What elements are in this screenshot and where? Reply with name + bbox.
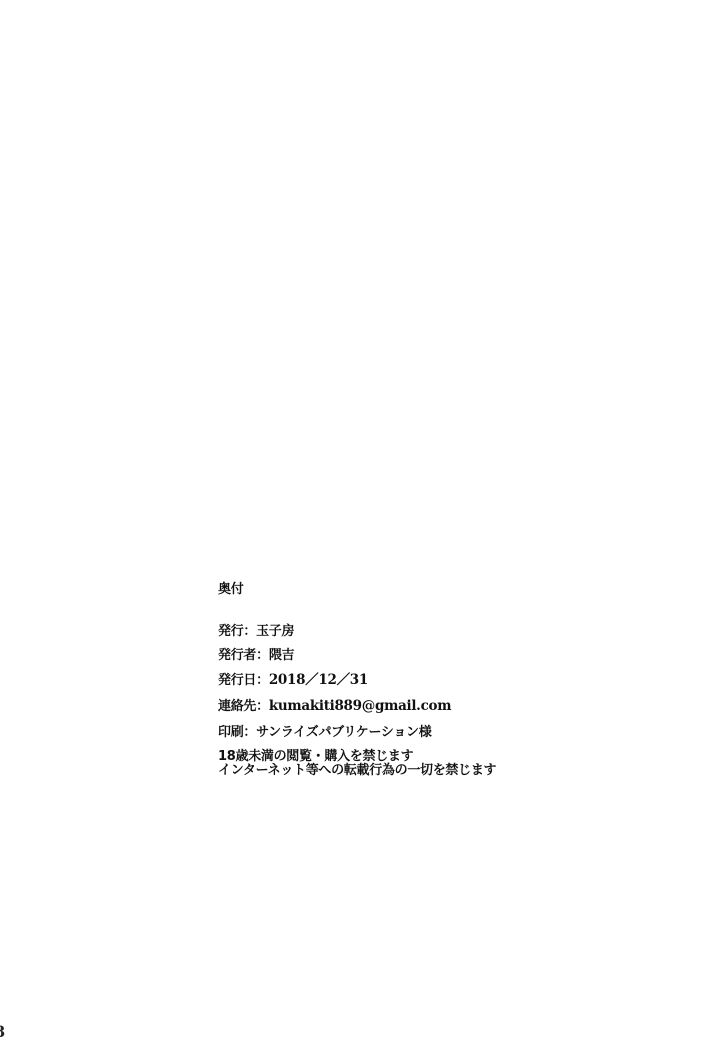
publisher-value: 玉子房 <box>256 624 294 639</box>
publish-date-label: 発行日 <box>218 673 256 688</box>
contact-label: 連絡先 <box>218 699 256 714</box>
author-row: 発行者：隈吉 <box>218 648 294 663</box>
printer-value: サンライズパブリケーション様 <box>256 725 431 740</box>
separator: ： <box>256 699 269 714</box>
separator: ： <box>243 624 256 639</box>
publisher-row: 発行：玉子房 <box>218 624 294 639</box>
separator: ： <box>256 673 269 688</box>
separator: ： <box>256 648 269 663</box>
age-restriction-notice: 18歳未満の閲覧・購入を禁じます <box>218 750 496 764</box>
separator: ： <box>243 725 256 740</box>
printer-label: 印刷 <box>218 725 243 740</box>
author-label: 発行者 <box>218 648 256 663</box>
publish-date-value: 2018／12／31 <box>269 672 368 688</box>
publish-date-row: 発行日：2018／12／31 <box>218 673 368 688</box>
author-value: 隈吉 <box>269 648 294 663</box>
page-number: 8 <box>0 1022 5 1041</box>
publisher-label: 発行 <box>218 624 243 639</box>
notices: 18歳未満の閲覧・購入を禁じます インターネット等への転載行為の一切を禁じます <box>218 750 496 778</box>
contact-email: kumakiti889@gmail.com <box>269 698 451 714</box>
reprint-prohibition-notice: インターネット等への転載行為の一切を禁じます <box>218 764 496 778</box>
contact-row: 連絡先：kumakiti889@gmail.com <box>218 699 451 714</box>
printer-row: 印刷：サンライズパブリケーション様 <box>218 725 431 740</box>
colophon-heading: 奥付 <box>218 582 243 597</box>
